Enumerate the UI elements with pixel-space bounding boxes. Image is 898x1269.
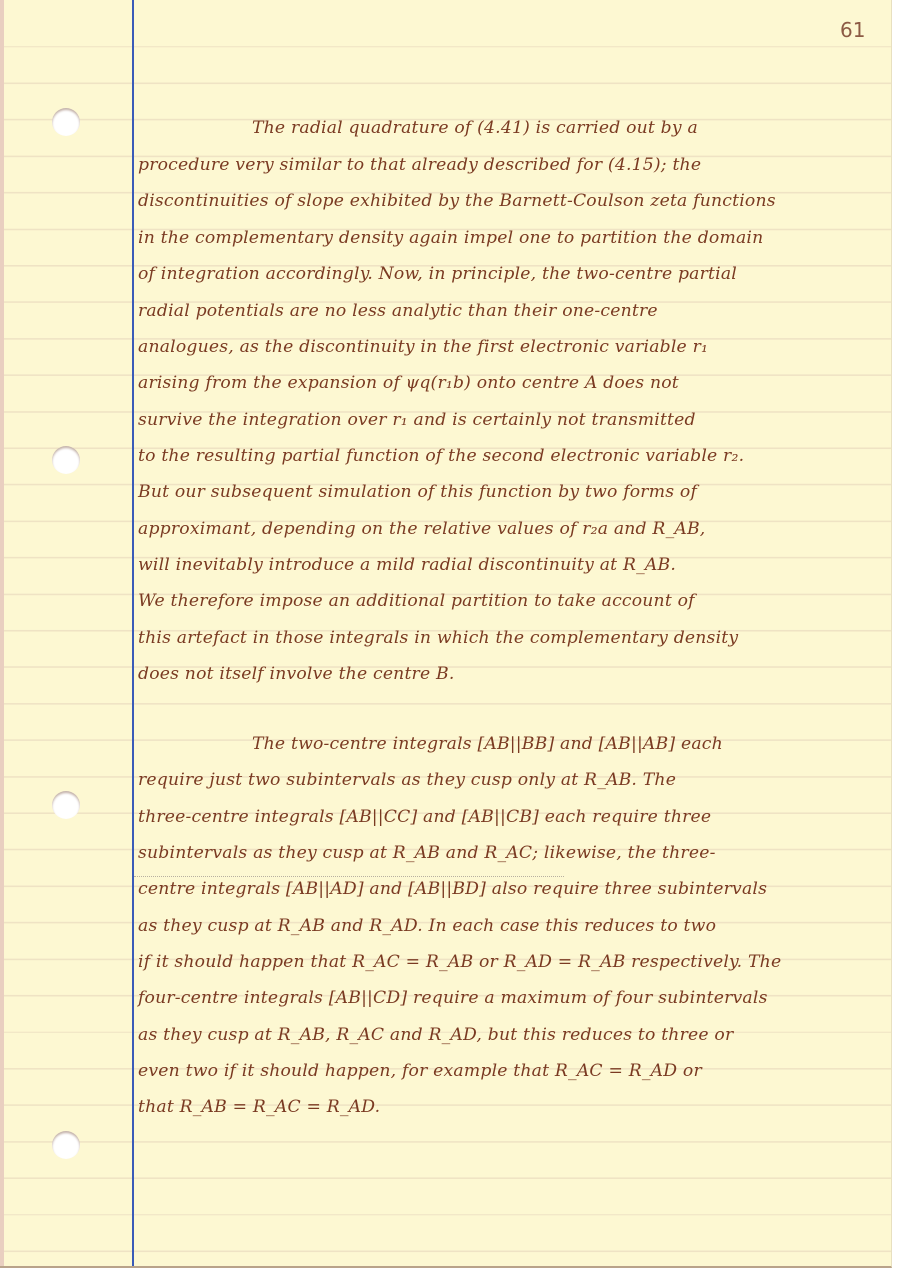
page-number: 61 xyxy=(840,18,865,42)
text-line: even two if it should happen, for exampl… xyxy=(138,1061,702,1081)
punch-hole-icon xyxy=(52,108,80,136)
text-line: four-centre integrals [AB||CD] require a… xyxy=(138,988,768,1008)
text-line: radial potentials are no less analytic t… xyxy=(138,301,658,321)
text-line: will inevitably introduce a mild radial … xyxy=(138,555,676,575)
text-line: The radial quadrature of (4.41) is carri… xyxy=(252,118,698,138)
text-line: approximant, depending on the relative v… xyxy=(138,519,705,539)
margin-line xyxy=(132,0,134,1266)
text-line: procedure very similar to that already d… xyxy=(138,155,701,175)
text-line: require just two subintervals as they cu… xyxy=(138,770,676,790)
text-line: centre integrals [AB||AD] and [AB||BD] a… xyxy=(138,879,767,899)
text-line: if it should happen that R_AC = R_AB or … xyxy=(138,952,781,972)
notebook-page: 61 The radial quadrature of (4.41) is ca… xyxy=(0,0,892,1268)
text-line: to the resulting partial function of the… xyxy=(138,446,744,466)
text-line: We therefore impose an additional partit… xyxy=(138,591,695,611)
text-line: discontinuities of slope exhibited by th… xyxy=(138,191,776,211)
text-line: analogues, as the discontinuity in the f… xyxy=(138,337,708,357)
text-line: of integration accordingly. Now, in prin… xyxy=(138,264,737,284)
text-line: three-centre integrals [AB||CC] and [AB|… xyxy=(138,807,711,827)
text-line: survive the integration over r₁ and is c… xyxy=(138,410,696,430)
punch-hole-icon xyxy=(52,1131,80,1159)
punch-hole-icon xyxy=(52,446,80,474)
text-line: as they cusp at R_AB and R_AD. In each c… xyxy=(138,916,716,936)
text-line: this artefact in those integrals in whic… xyxy=(138,628,738,648)
dotted-guide xyxy=(134,876,564,877)
text-line: in the complementary density again impel… xyxy=(138,228,763,248)
text-line: But our subsequent simulation of this fu… xyxy=(138,482,697,502)
text-line: as they cusp at R_AB, R_AC and R_AD, but… xyxy=(138,1025,733,1045)
text-line: subintervals as they cusp at R_AB and R_… xyxy=(138,843,716,863)
text-line: arising from the expansion of ψq(r₁b) on… xyxy=(138,373,679,393)
text-line: The two-centre integrals [AB||BB] and [A… xyxy=(252,734,723,754)
punch-hole-icon xyxy=(52,791,80,819)
page-edge xyxy=(0,0,4,1266)
text-line: that R_AB = R_AC = R_AD. xyxy=(138,1097,380,1117)
text-line: does not itself involve the centre B. xyxy=(138,664,455,684)
